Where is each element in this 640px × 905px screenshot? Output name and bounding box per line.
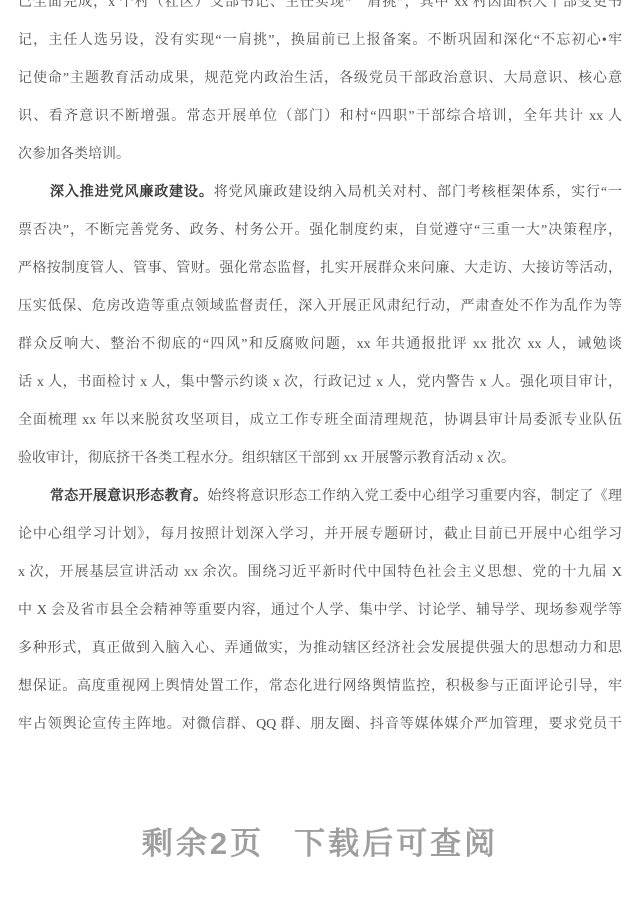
text-line: x 次，开展基层宣讲活动 xx 余次。围绕习近平新时代中国特色社会主义思想、党的… — [18, 554, 622, 592]
text-line: 群众反响大、整治不彻底的“四风”和反腐败问题，xx 年共通报批评 xx 批次 x… — [18, 326, 622, 364]
text-line: 验收审计，彻底挤干各类工程水分。组织辖区干部到 xx 开展警示教育活动 x 次。 — [18, 440, 622, 478]
text-line: 压实低保、危房改造等重点领域监督责任，深入开展正风肃纪行动，严肃查处不作为乱作为… — [18, 288, 622, 326]
text-line: 话 x 人，书面检讨 x 人，集中警示约谈 x 次，行政记过 x 人，党内警告 … — [18, 364, 622, 402]
text-line: 票否决”，不断完善党务、政务、村务公开。强化制度约束，自觉遵守“三重一大”决策程… — [18, 212, 622, 250]
text-line: 深入推进党风廉政建设。将党风廉政建设纳入局机关对村、部门考核框架体系，实行“一 — [18, 174, 622, 212]
text-line: 严格按制度管人、管事、管财。强化常态监督，扎实开展群众来问廉、大走访、大接访等活… — [18, 250, 622, 288]
paragraph: 常态开展意识形态教育。始终将意识形态工作纳入党工委中心组学习重要内容，制定了《理… — [18, 478, 622, 744]
text-line: 识、看齐意识不断增强。常态开展单位（部门）和村“四职”干部综合培训，全年共计 x… — [18, 98, 622, 136]
text-line: 全面梳理 xx 年以来脱贫攻坚项目，成立工作专班全面清理规范，协调县审计局委派专… — [18, 402, 622, 440]
download-to-view-label: 下载后可查阅 — [294, 826, 498, 861]
text-line: 次参加各类培训。 — [18, 136, 622, 174]
text-line: 牢占领舆论宣传主阵地。对微信群、QQ 群、朋友圈、抖音等媒体媒介严加管理，要求党… — [18, 706, 622, 744]
paragraph: 已全面完成，x 个村（社区）支部书记、主任实现“一肩挑”，其中 xx 村因面积大… — [18, 0, 622, 174]
text-line: 中 X 会及省市县全会精神等重要内容，通过个人学、集中学、讨论学、辅导学、现场参… — [18, 592, 622, 630]
text-line: 记使命”主题教育活动成果，规范党内政治生活，各级党员干部政治意识、大局意识、核心… — [18, 60, 622, 98]
document-preview-page: 已全面完成，x 个村（社区）支部书记、主任实现“一肩挑”，其中 xx 村因面积大… — [0, 0, 640, 905]
text-line: 想保证。高度重视网上舆情处置工作，常态化进行网络舆情监控，积极参与正面评论引导，… — [18, 668, 622, 706]
text-line: 已全面完成，x 个村（社区）支部书记、主任实现“一肩挑”，其中 xx 村因面积大… — [18, 0, 622, 22]
remaining-pages-label: 剩余2页 — [142, 826, 264, 861]
text-line: 记，主任人选另设，没有实现“一肩挑”，换届前已上报备案。不断巩固和深化“不忘初心… — [18, 22, 622, 60]
text-line: 多种形式，真正做到入脑入心、弄通做实，为推动辖区经济社会发展提供强大的思想动力和… — [18, 630, 622, 668]
remaining-pages-banner: 剩余2页下载后可查阅 — [0, 820, 640, 868]
text-line: 论中心组学习计划》，每月按照计划深入学习，并开展专题研讨，截止目前已开展中心组学… — [18, 516, 622, 554]
document-body: 已全面完成，x 个村（社区）支部书记、主任实现“一肩挑”，其中 xx 村因面积大… — [18, 0, 622, 744]
paragraph-lead: 深入推进党风廉政建设。 — [50, 185, 214, 200]
paragraph: 深入推进党风廉政建设。将党风廉政建设纳入局机关对村、部门考核框架体系，实行“一票… — [18, 174, 622, 478]
paragraph-lead: 常态开展意识形态教育。 — [50, 489, 207, 504]
text-line: 常态开展意识形态教育。始终将意识形态工作纳入党工委中心组学习重要内容，制定了《理 — [18, 478, 622, 516]
